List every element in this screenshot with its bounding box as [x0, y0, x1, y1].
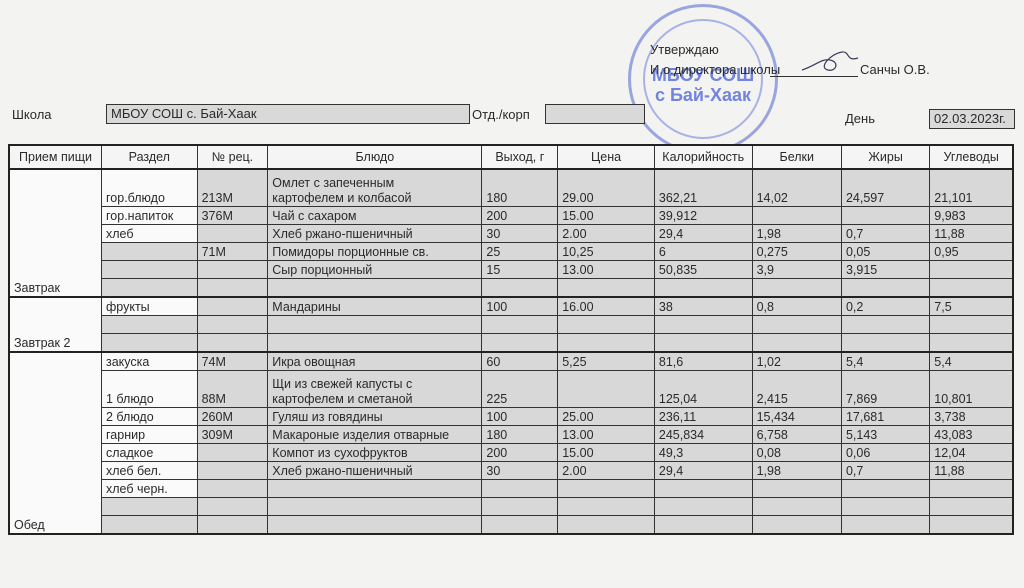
fat-cell — [841, 207, 929, 225]
recipe-cell — [197, 444, 268, 462]
dish-cell: Чай с сахаром — [268, 207, 482, 225]
dish-line-2: картофелем и колбасой — [272, 191, 477, 206]
carbs-cell: 3,738 — [930, 408, 1013, 426]
dish-cell — [268, 498, 482, 516]
meal-cell: Завтрак 2 — [9, 297, 102, 352]
protein-cell: 1,98 — [752, 462, 841, 480]
protein-cell: 3,9 — [752, 261, 841, 279]
yield-cell: 30 — [482, 225, 558, 243]
day-field[interactable]: 02.03.2023г. — [929, 109, 1015, 129]
protein-cell — [752, 316, 841, 334]
table-row: хлебХлеб ржано-пшеничный302.0029,41,980,… — [9, 225, 1013, 243]
section-cell: 1 блюдо — [102, 371, 198, 408]
meal-cell: Обед — [9, 352, 102, 534]
protein-cell: 0,08 — [752, 444, 841, 462]
dish-cell: Хлеб ржано-пшеничный — [268, 462, 482, 480]
yield-cell — [482, 516, 558, 535]
menu-table: Прием пищи Раздел № рец. Блюдо Выход, г … — [8, 144, 1014, 535]
protein-cell — [752, 207, 841, 225]
price-cell: 2.00 — [558, 225, 655, 243]
fat-cell — [841, 498, 929, 516]
section-cell: сладкое — [102, 444, 198, 462]
section-cell — [102, 498, 198, 516]
table-row: гор.напиток376МЧай с сахаром20015.0039,9… — [9, 207, 1013, 225]
price-cell — [558, 316, 655, 334]
kcal-cell — [654, 316, 752, 334]
dish-cell: Гуляш из говядины — [268, 408, 482, 426]
table-row: Завтракгор.блюдо213МОмлет с запеченнымка… — [9, 169, 1013, 207]
kcal-cell: 245,834 — [654, 426, 752, 444]
section-cell: фрукты — [102, 297, 198, 316]
kcal-cell — [654, 480, 752, 498]
dish-cell: Хлеб ржано-пшеничный — [268, 225, 482, 243]
dish-cell: Сыр порционный — [268, 261, 482, 279]
table-row: хлеб черн. — [9, 480, 1013, 498]
price-cell: 15.00 — [558, 444, 655, 462]
protein-cell: 1,02 — [752, 352, 841, 371]
recipe-cell — [197, 462, 268, 480]
section-cell: хлеб бел. — [102, 462, 198, 480]
carbs-cell: 43,083 — [930, 426, 1013, 444]
dish-cell — [268, 279, 482, 298]
fat-cell — [841, 480, 929, 498]
section-cell: гор.напиток — [102, 207, 198, 225]
protein-cell: 0,275 — [752, 243, 841, 261]
col-dish: Блюдо — [268, 145, 482, 169]
fat-cell — [841, 279, 929, 298]
dish-cell: Мандарины — [268, 297, 482, 316]
dish-line-2: картофелем и сметаной — [272, 392, 477, 407]
dish-cell: Макароные изделия отварные — [268, 426, 482, 444]
yield-cell: 180 — [482, 169, 558, 207]
yield-cell: 200 — [482, 444, 558, 462]
protein-cell: 14,02 — [752, 169, 841, 207]
carbs-cell — [930, 261, 1013, 279]
yield-cell: 15 — [482, 261, 558, 279]
meal-cell: Завтрак — [9, 169, 102, 297]
signature-line — [770, 76, 858, 77]
table-row: 2 блюдо260МГуляш из говядины10025.00236,… — [9, 408, 1013, 426]
kcal-cell: 49,3 — [654, 444, 752, 462]
table-row: гарнир309ММакароные изделия отварные1801… — [9, 426, 1013, 444]
table-row — [9, 279, 1013, 298]
kcal-cell — [654, 516, 752, 535]
fat-cell: 0,7 — [841, 225, 929, 243]
table-row: сладкоеКомпот из сухофруктов20015.0049,3… — [9, 444, 1013, 462]
carbs-cell — [930, 480, 1013, 498]
price-cell: 25.00 — [558, 408, 655, 426]
carbs-cell — [930, 498, 1013, 516]
dish-line-1: Омлет с запеченным — [272, 176, 477, 191]
recipe-cell — [197, 225, 268, 243]
col-fat: Жиры — [841, 145, 929, 169]
yield-cell — [482, 316, 558, 334]
fat-cell: 24,597 — [841, 169, 929, 207]
col-protein: Белки — [752, 145, 841, 169]
carbs-cell: 0,95 — [930, 243, 1013, 261]
price-cell — [558, 334, 655, 353]
yield-cell — [482, 498, 558, 516]
dish-cell: Помидоры порционные св. — [268, 243, 482, 261]
dish-cell: Щи из свежей капусты скартофелем и смета… — [268, 371, 482, 408]
fat-cell: 0,05 — [841, 243, 929, 261]
recipe-cell: 309М — [197, 426, 268, 444]
stamp-line-2: с Бай-Хаак — [631, 85, 775, 105]
kcal-cell: 236,11 — [654, 408, 752, 426]
kcal-cell — [654, 498, 752, 516]
col-carbs: Углеводы — [930, 145, 1013, 169]
yield-cell: 25 — [482, 243, 558, 261]
protein-cell — [752, 279, 841, 298]
col-meal: Прием пищи — [9, 145, 102, 169]
col-section: Раздел — [102, 145, 198, 169]
col-price: Цена — [558, 145, 655, 169]
fat-cell: 3,915 — [841, 261, 929, 279]
school-label: Школа — [12, 107, 52, 122]
price-cell — [558, 279, 655, 298]
carbs-cell: 9,983 — [930, 207, 1013, 225]
carbs-cell: 11,88 — [930, 462, 1013, 480]
protein-cell: 15,434 — [752, 408, 841, 426]
price-cell: 10,25 — [558, 243, 655, 261]
protein-cell — [752, 498, 841, 516]
recipe-cell — [197, 498, 268, 516]
recipe-cell: 88М — [197, 371, 268, 408]
kcal-cell: 38 — [654, 297, 752, 316]
recipe-cell: 213М — [197, 169, 268, 207]
table-row — [9, 516, 1013, 535]
price-cell: 16.00 — [558, 297, 655, 316]
school-field[interactable]: МБОУ СОШ с. Бай-Хаак — [106, 104, 470, 124]
section-cell: 2 блюдо — [102, 408, 198, 426]
carbs-cell: 7,5 — [930, 297, 1013, 316]
table-row: Сыр порционный1513.0050,8353,93,915 — [9, 261, 1013, 279]
yield-cell: 30 — [482, 462, 558, 480]
menu-body: Завтракгор.блюдо213МОмлет с запеченнымка… — [9, 169, 1013, 534]
recipe-cell — [197, 279, 268, 298]
fat-cell: 0,7 — [841, 462, 929, 480]
recipe-cell: 376М — [197, 207, 268, 225]
section-cell: гарнир — [102, 426, 198, 444]
table-header-row: Прием пищи Раздел № рец. Блюдо Выход, г … — [9, 145, 1013, 169]
price-cell: 13.00 — [558, 426, 655, 444]
carbs-cell: 11,88 — [930, 225, 1013, 243]
section-cell: хлеб — [102, 225, 198, 243]
approval-position: И.о.директора школы — [650, 62, 780, 77]
protein-cell: 6,758 — [752, 426, 841, 444]
dish-cell — [268, 316, 482, 334]
table-row: 1 блюдо88МЩи из свежей капусты скартофел… — [9, 371, 1013, 408]
fat-cell: 0,2 — [841, 297, 929, 316]
carbs-cell — [930, 279, 1013, 298]
dish-cell: Икра овощная — [268, 352, 482, 371]
dish-cell — [268, 480, 482, 498]
dish-cell — [268, 516, 482, 535]
yield-cell: 100 — [482, 408, 558, 426]
signature-icon — [800, 48, 860, 78]
price-cell: 5,25 — [558, 352, 655, 371]
protein-cell — [752, 480, 841, 498]
kcal-cell — [654, 334, 752, 353]
fat-cell — [841, 334, 929, 353]
carbs-cell: 21,101 — [930, 169, 1013, 207]
table-row: Обедзакуска74МИкра овощная605,2581,61,02… — [9, 352, 1013, 371]
protein-cell: 2,415 — [752, 371, 841, 408]
table-row — [9, 334, 1013, 353]
protein-cell — [752, 334, 841, 353]
carbs-cell — [930, 334, 1013, 353]
price-cell — [558, 480, 655, 498]
protein-cell: 1,98 — [752, 225, 841, 243]
price-cell: 2.00 — [558, 462, 655, 480]
section-cell — [102, 279, 198, 298]
recipe-cell — [197, 480, 268, 498]
yield-cell: 60 — [482, 352, 558, 371]
yield-cell — [482, 279, 558, 298]
recipe-cell: 71М — [197, 243, 268, 261]
price-cell — [558, 516, 655, 535]
carbs-cell — [930, 316, 1013, 334]
section-cell: хлеб черн. — [102, 480, 198, 498]
kcal-cell: 81,6 — [654, 352, 752, 371]
carbs-cell: 5,4 — [930, 352, 1013, 371]
kcal-cell: 29,4 — [654, 225, 752, 243]
yield-cell: 200 — [482, 207, 558, 225]
recipe-cell — [197, 297, 268, 316]
kcal-cell: 29,4 — [654, 462, 752, 480]
recipe-cell — [197, 316, 268, 334]
yield-cell: 225 — [482, 371, 558, 408]
approval-name: Санчы О.В. — [860, 62, 930, 77]
kcal-cell — [654, 279, 752, 298]
section-cell — [102, 261, 198, 279]
dish-cell: Омлет с запеченнымкартофелем и колбасой — [268, 169, 482, 207]
day-label: День — [845, 111, 875, 126]
section-cell — [102, 316, 198, 334]
carbs-cell: 12,04 — [930, 444, 1013, 462]
price-cell — [558, 371, 655, 408]
section-cell — [102, 334, 198, 353]
approval-title: Утверждаю — [650, 42, 719, 57]
recipe-cell — [197, 334, 268, 353]
col-yield: Выход, г — [482, 145, 558, 169]
kcal-cell: 39,912 — [654, 207, 752, 225]
table-row — [9, 316, 1013, 334]
school-stamp: МБОУ СОШ с Бай-Хаак — [628, 4, 778, 154]
kcal-cell: 125,04 — [654, 371, 752, 408]
section-cell — [102, 516, 198, 535]
fat-cell: 17,681 — [841, 408, 929, 426]
protein-cell — [752, 516, 841, 535]
table-row: Завтрак 2фруктыМандарины10016.00380,80,2… — [9, 297, 1013, 316]
table-row — [9, 498, 1013, 516]
section-cell — [102, 243, 198, 261]
carbs-cell — [930, 516, 1013, 535]
kcal-cell: 362,21 — [654, 169, 752, 207]
fat-cell: 7,869 — [841, 371, 929, 408]
price-cell: 15.00 — [558, 207, 655, 225]
kcal-cell: 50,835 — [654, 261, 752, 279]
section-cell: гор.блюдо — [102, 169, 198, 207]
dept-label: Отд./корп — [472, 107, 530, 122]
dish-cell: Компот из сухофруктов — [268, 444, 482, 462]
dept-field[interactable] — [545, 104, 645, 124]
recipe-cell — [197, 516, 268, 535]
yield-cell — [482, 480, 558, 498]
col-recipe: № рец. — [197, 145, 268, 169]
fat-cell: 5,4 — [841, 352, 929, 371]
recipe-cell — [197, 261, 268, 279]
yield-cell: 100 — [482, 297, 558, 316]
dish-line-1: Щи из свежей капусты с — [272, 377, 477, 392]
price-cell: 29.00 — [558, 169, 655, 207]
fat-cell: 0,06 — [841, 444, 929, 462]
recipe-cell: 74М — [197, 352, 268, 371]
table-row: 71МПомидоры порционные св.2510,2560,2750… — [9, 243, 1013, 261]
fat-cell — [841, 316, 929, 334]
yield-cell — [482, 334, 558, 353]
recipe-cell: 260М — [197, 408, 268, 426]
yield-cell: 180 — [482, 426, 558, 444]
price-cell — [558, 498, 655, 516]
col-kcal: Калорийность — [654, 145, 752, 169]
fat-cell: 5,143 — [841, 426, 929, 444]
dish-cell — [268, 334, 482, 353]
protein-cell: 0,8 — [752, 297, 841, 316]
table-row: хлеб бел.Хлеб ржано-пшеничный302.0029,41… — [9, 462, 1013, 480]
fat-cell — [841, 516, 929, 535]
carbs-cell: 10,801 — [930, 371, 1013, 408]
price-cell: 13.00 — [558, 261, 655, 279]
kcal-cell: 6 — [654, 243, 752, 261]
section-cell: закуска — [102, 352, 198, 371]
